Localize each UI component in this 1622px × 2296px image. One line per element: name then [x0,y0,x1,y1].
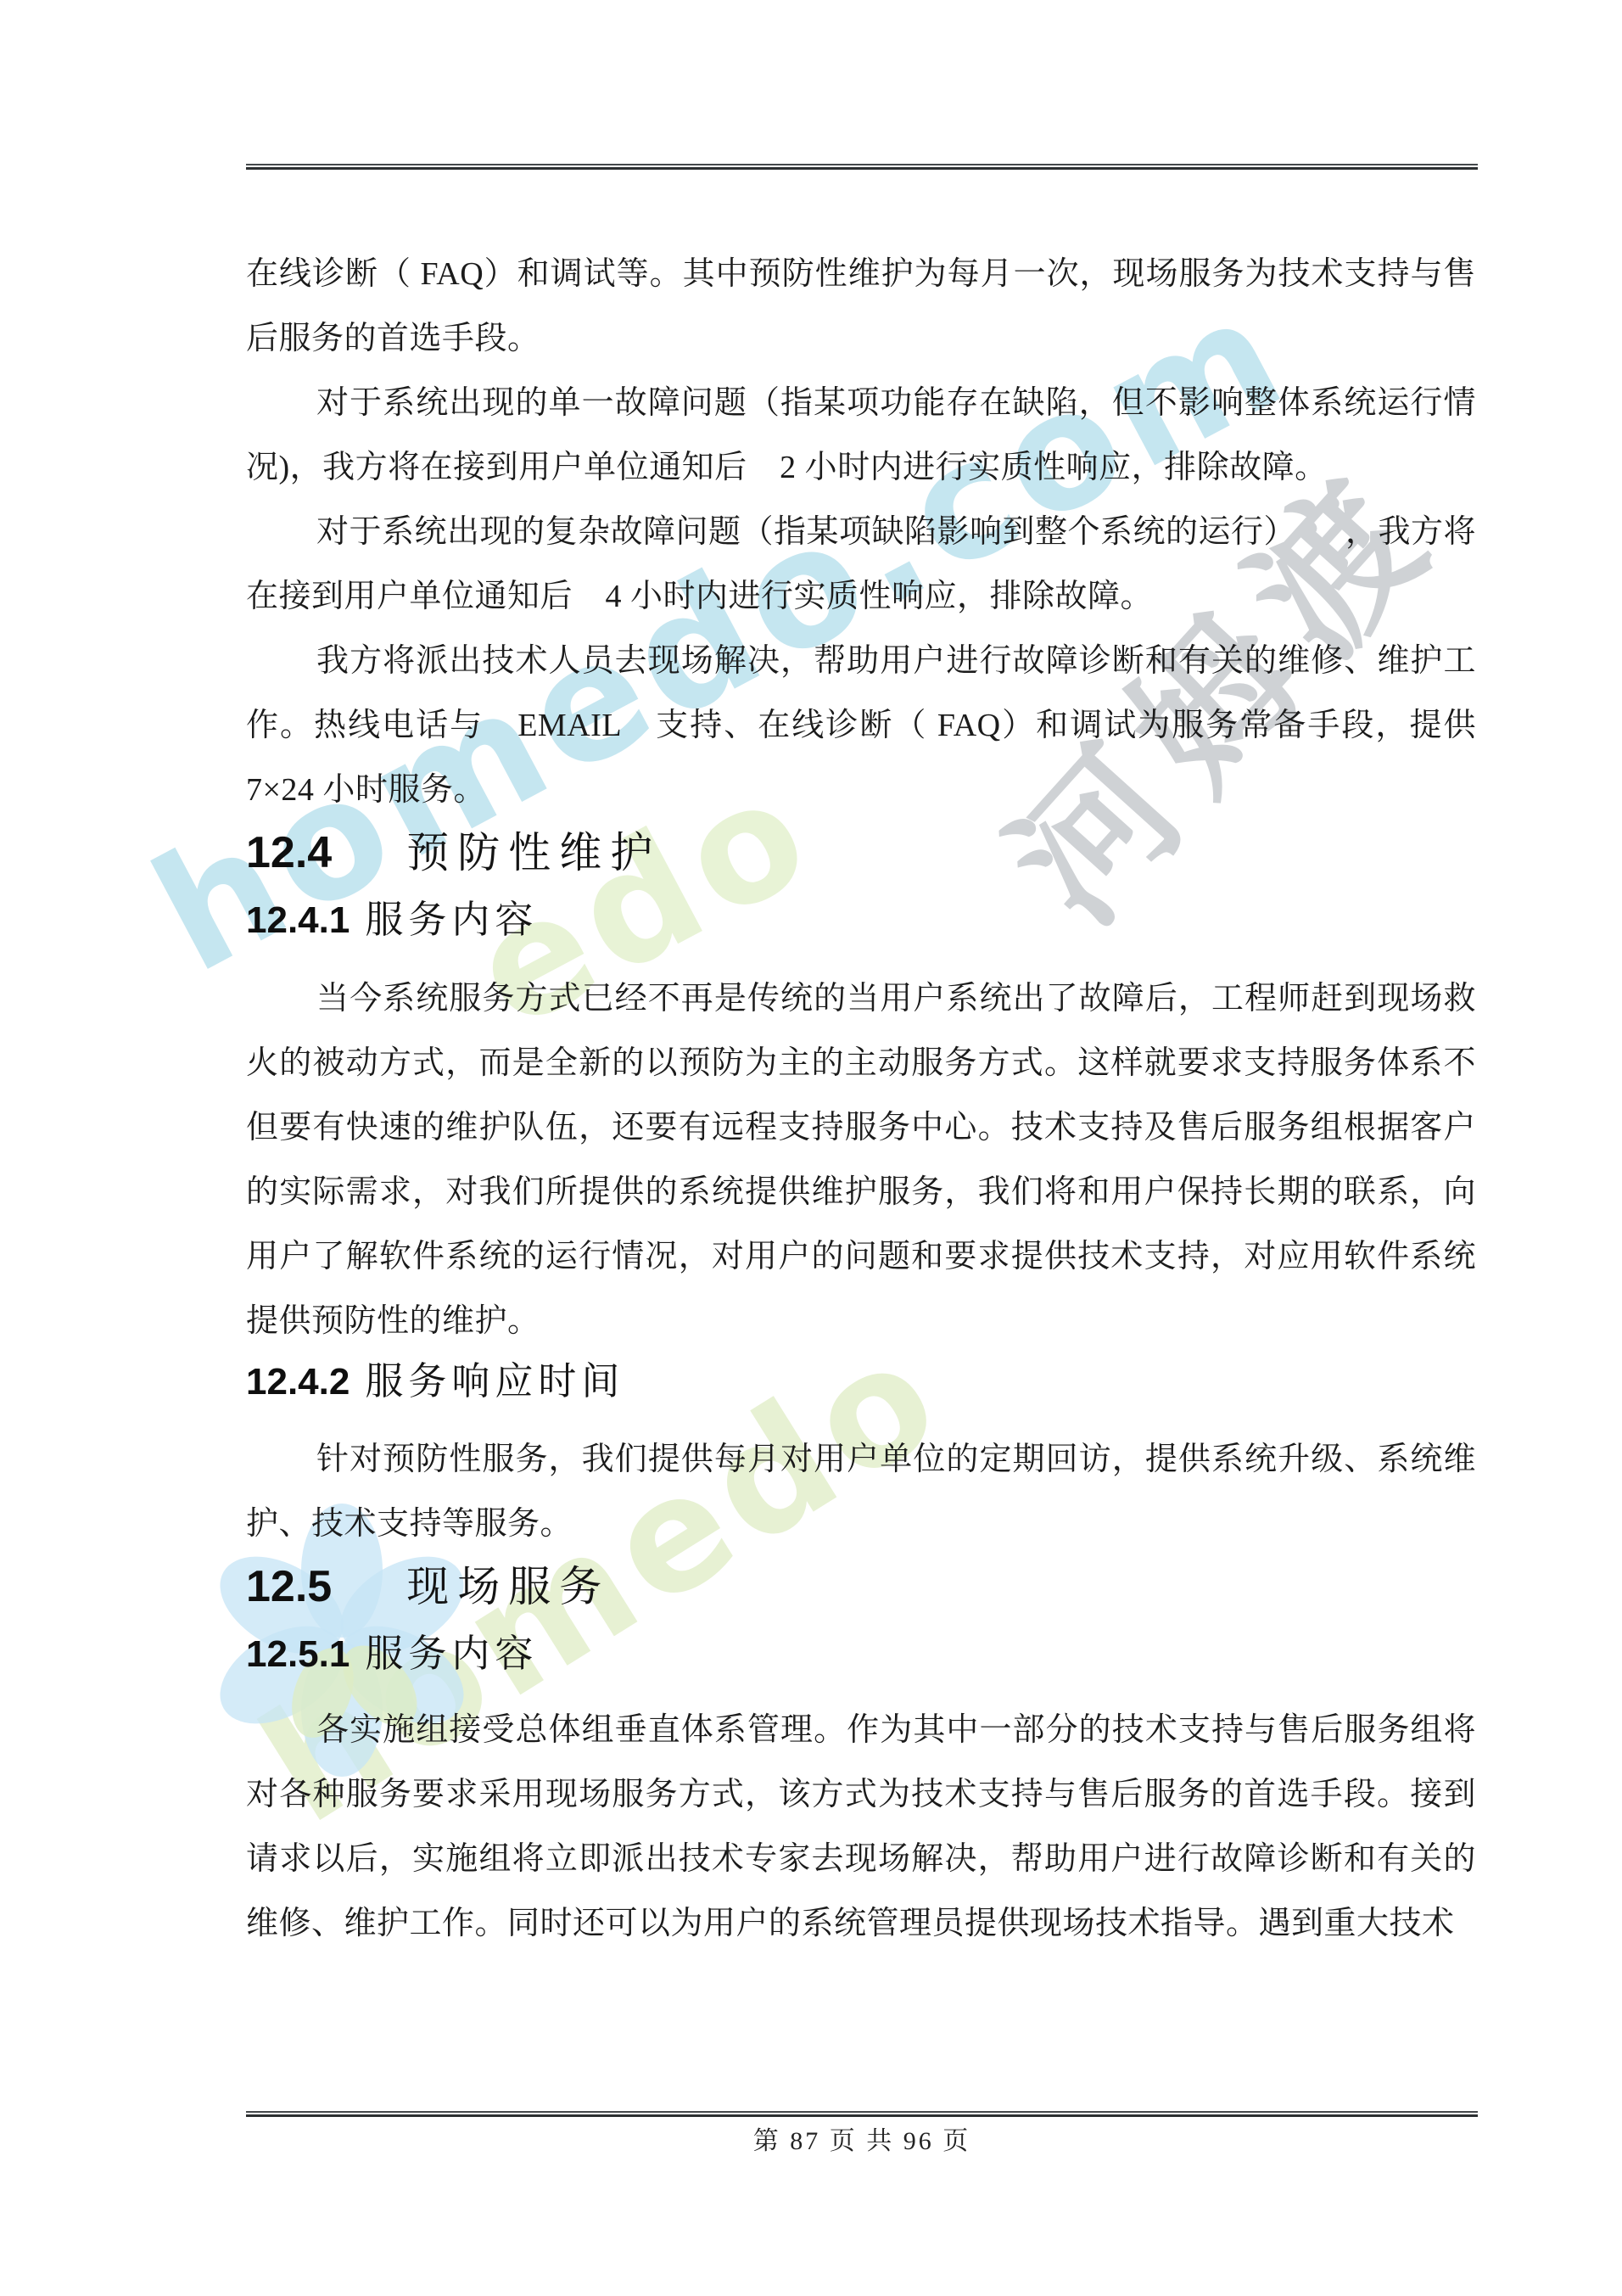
paragraph: 当今系统服务方式已经不再是传统的当用户系统出了故障后，工程师赶到现场救火的被动方… [246,966,1476,1353]
paragraph: 在线诊断（ FAQ）和调试等。其中预防性维护为每月一次，现场服务为技术支持与售后… [246,242,1476,371]
paragraph: 各实施组接受总体组垂直体系管理。作为其中一部分的技术支持与售后服务组将对各种服务… [246,1698,1476,1956]
paragraph: 我方将派出技术人员去现场解决，帮助用户进行故障诊断和有关的维修、维护工作。热线电… [246,629,1476,822]
section-heading-12-4-2: 12.4.2服务响应时间 [246,1353,1476,1418]
page-number: 第 87 页 共 96 页 [246,2125,1478,2159]
section-heading-12-5: 12.5现场服务 [246,1556,1476,1626]
section-heading-12-4: 12.4预防性维护 [246,822,1476,892]
heading-number: 12.5.1 [246,1633,350,1675]
heading-title: 服务内容 [365,899,538,941]
document-page: homedo.com 河姆渡 homedo edo 在线诊断（ FAQ）和调试等… [0,0,1622,2296]
paragraph: 对于系统出现的复杂故障问题（指某项缺陷影响到整个系统的运行） ，我方将在接到用户… [246,500,1476,629]
heading-number: 12.4.2 [246,1361,350,1403]
heading-title: 预防性维护 [406,829,661,876]
heading-number: 12.4.1 [246,899,350,941]
paragraph: 针对预防性服务，我们提供每月对用户单位的定期回访，提供系统升级、系统维护、技术支… [246,1427,1476,1556]
heading-title: 现场服务 [406,1563,610,1610]
section-heading-12-4-1: 12.4.1服务内容 [246,892,1476,956]
paragraph: 对于系统出现的单一故障问题（指某项功能存在缺陷，但不影响整体系统运行情况)，我方… [246,371,1476,500]
heading-title: 服务响应时间 [365,1360,624,1403]
heading-title: 服务内容 [365,1632,538,1675]
heading-number: 12.4 [246,828,332,877]
section-heading-12-5-1: 12.5.1服务内容 [246,1626,1476,1690]
document-body: 在线诊断（ FAQ）和调试等。其中预防性维护为每月一次，现场服务为技术支持与售后… [246,169,1476,1956]
heading-number: 12.5 [246,1562,332,1611]
footer-rule [246,2111,1478,2117]
